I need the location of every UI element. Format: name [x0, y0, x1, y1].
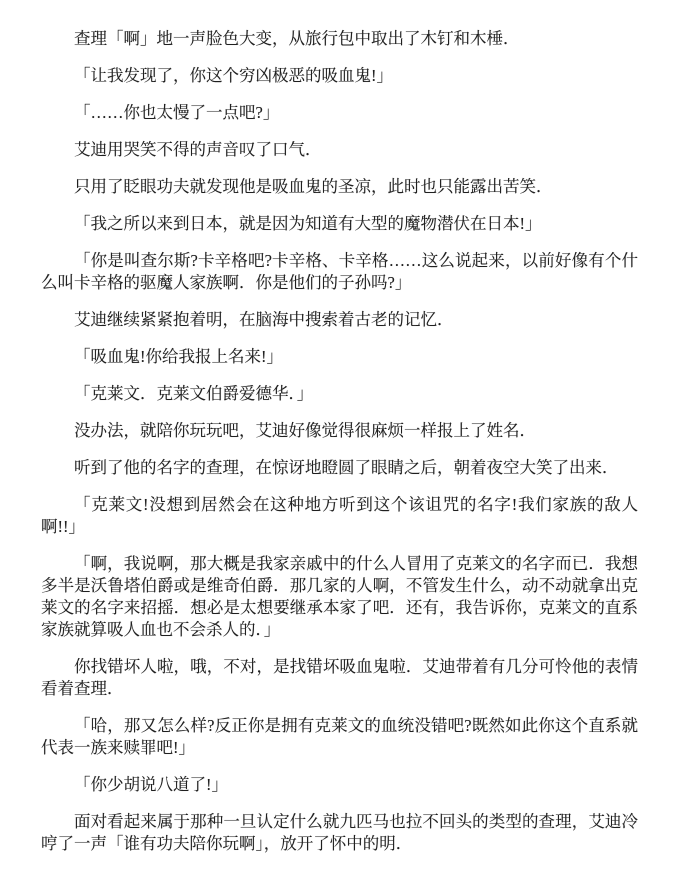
paragraph: 「啊，我说啊，那大概是我家亲戚中的什么人冒用了克莱文的名字而已．我想多半是沃鲁塔… — [41, 553, 638, 641]
novel-page: 查理「啊」地一声脸色大变，从旅行包中取出了木钉和木棰．「让我发现了，你这个穷凶极… — [0, 0, 680, 880]
paragraph: 查理「啊」地一声脸色大变，从旅行包中取出了木钉和木棰． — [41, 28, 638, 50]
paragraph: 「克莱文．克莱文伯爵爱德华．」 — [41, 383, 638, 405]
paragraph: 没办法，就陪你玩玩吧，艾迪好像觉得很麻烦一样报上了姓名． — [41, 420, 638, 442]
paragraph: 你找错坏人啦，哦，不对，是找错坏吸血鬼啦．艾迪带着有几分可怜他的表情看着查理． — [41, 656, 638, 700]
paragraph: 听到了他的名字的查理，在惊讶地瞪圆了眼睛之后，朝着夜空大笑了出来． — [41, 457, 638, 479]
paragraph: 「让我发现了，你这个穷凶极恶的吸血鬼!」 — [41, 65, 638, 87]
paragraph: 「吸血鬼!你给我报上名来!」 — [41, 346, 638, 368]
paragraph: 艾迪用哭笑不得的声音叹了口气． — [41, 139, 638, 161]
paragraph: 只用了眨眼功夫就发现他是吸血鬼的圣凉，此时也只能露出苦笑． — [41, 176, 638, 198]
paragraph: 「……你也太慢了一点吧?」 — [41, 102, 638, 124]
page-content: 查理「啊」地一声脸色大变，从旅行包中取出了木钉和木棰．「让我发现了，你这个穷凶极… — [0, 0, 680, 855]
paragraph: 「你是叫查尔斯?卡辛格吧?卡辛格、卡辛格……这么说起来，以前好像有个什么叫卡辛格… — [41, 250, 638, 294]
paragraph: 「我之所以来到日本，就是因为知道有大型的魔物潜伏在日本!」 — [41, 213, 638, 235]
paragraph: 「哈，那又怎么样?反正你是拥有克莱文的血统没错吧?既然如此你这个直系就代表一族来… — [41, 715, 638, 759]
paragraph: 艾迪继续紧紧抱着明，在脑海中搜索着古老的记忆． — [41, 309, 638, 331]
paragraph: 面对看起来属于那种一旦认定什么就九匹马也拉不回头的类型的查理，艾迪冷哼了一声「谁… — [41, 811, 638, 855]
paragraph: 「克莱文!没想到居然会在这种地方听到这个该诅咒的名字!我们家族的敌人啊!!」 — [41, 494, 638, 538]
paragraph: 「你少胡说八道了!」 — [41, 774, 638, 796]
